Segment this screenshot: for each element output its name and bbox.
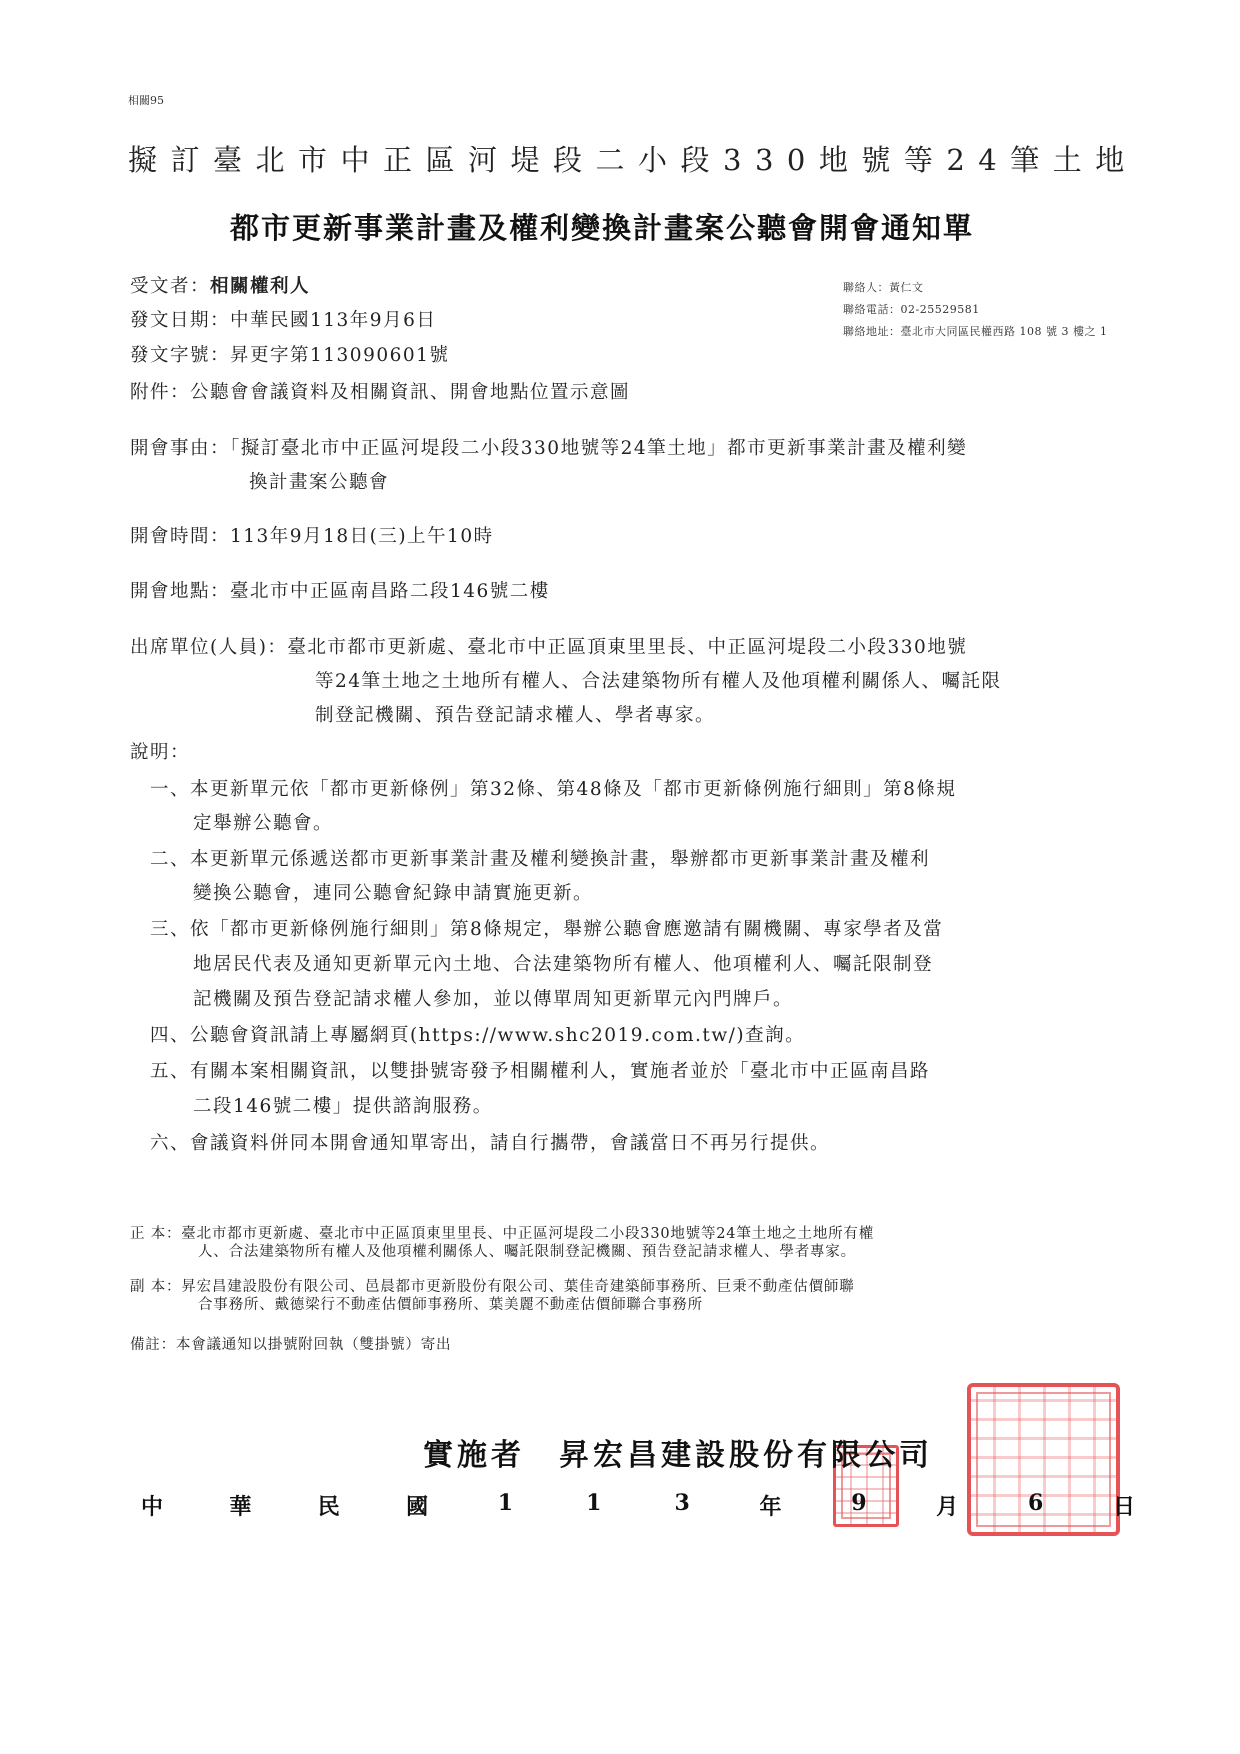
date-char: 9	[845, 1490, 873, 1521]
recipient-value: 相關權利人	[210, 276, 310, 297]
note-5-line-1: 五、有關本案相關資訊，以雙掛號寄發予相關權利人，實施者並於「臺北市中正區南昌路	[150, 1057, 930, 1083]
date-char: 6	[1022, 1490, 1050, 1521]
recipient: 受文者：相關權利人	[130, 272, 310, 298]
note-3-line-1: 三、依「都市更新條例施行細則」第8條規定，舉辦公聽會應邀請有關機關、專家學者及當	[150, 915, 943, 941]
note-2-line-1: 二、本更新單元係遞送都市更新事業計畫及權利變換計畫，舉辦都市更新事業計畫及權利	[150, 845, 930, 871]
date-char: 華	[226, 1490, 254, 1521]
copy-recipients-line-2: 合事務所、戴德梁行不動產估價師事務所、葉美麗不動產估價師聯合事務所	[198, 1293, 703, 1314]
title-line-2: 都市更新事業計畫及權利變換計畫案公聽會開會通知單	[230, 206, 974, 247]
note-5-line-2: 二段146號二樓」提供諮詢服務。	[193, 1092, 493, 1118]
notes-label: 說明：	[130, 738, 190, 764]
date-char: 中	[138, 1490, 166, 1521]
attendees-line-3: 制登記機關、預告登記請求權人、學者專家。	[315, 701, 715, 727]
signature-date: 中 華 民 國 1 1 3 年 9 月 6 日	[138, 1490, 1138, 1521]
contact-phone: 聯絡電話：02-25529581	[843, 301, 980, 317]
meeting-location: 開會地點：臺北市中正區南昌路二段146號二樓	[130, 577, 550, 603]
date-char: 1	[580, 1490, 608, 1521]
original-recipients-line-2: 人、合法建築物所有權人及他項權利關係人、囑託限制登記機關、預告登記請求權人、學者…	[198, 1240, 856, 1261]
note-3-line-3: 記機關及預告登記請求權人參加，並以傳單周知更新單元內門牌戶。	[193, 985, 793, 1011]
note-3-line-2: 地居民代表及通知更新單元內土地、合法建築物所有權人、他項權利人、囑託限制登	[193, 950, 933, 976]
date-char: 日	[1110, 1490, 1138, 1521]
date-char: 國	[403, 1490, 431, 1521]
issue-date: 發文日期：中華民國113年9月6日	[130, 306, 436, 332]
note-4-line-1: 四、公聽會資訊請上專屬網頁(https://www.shc2019.com.tw…	[150, 1021, 805, 1047]
remark: 備註：本會議通知以掛號附回執（雙掛號）寄出	[130, 1333, 451, 1354]
meeting-subject-line-2: 換計畫案公聽會	[249, 468, 389, 494]
doc-number: 發文字號：昇更字第113090601號	[130, 341, 449, 367]
note-2-line-2: 變換公聽會，連同公聽會紀錄申請實施更新。	[193, 879, 593, 905]
date-char: 民	[315, 1490, 343, 1521]
meeting-subject-line-1: 開會事由：「擬訂臺北市中正區河堤段二小段330地號等24筆土地」都市更新事業計畫…	[130, 434, 967, 460]
reference-code: 相關95	[128, 92, 164, 108]
note-1-line-2: 定舉辦公聽會。	[193, 809, 333, 835]
date-char: 1	[491, 1490, 519, 1521]
contact-person: 聯絡人：黃仁文	[843, 279, 924, 295]
implementer-signature: 實施者 昇宏昌建設股份有限公司	[423, 1430, 933, 1474]
attendees-line-2: 等24筆土地之土地所有權人、合法建築物所有權人及他項權利關係人、囑託限	[315, 667, 1002, 693]
title-line-1: 擬訂臺北市中正區河堤段二小段330地號等24筆土地	[128, 138, 1138, 179]
attendees-line-1: 出席單位(人員)：臺北市都市更新處、臺北市中正區頂東里里長、中正區河堤段二小段3…	[130, 633, 967, 659]
contact-address: 聯絡地址：臺北市大同區民權西路 108 號 3 樓之 1	[843, 323, 1107, 339]
meeting-time: 開會時間：113年9月18日(三)上午10時	[130, 522, 494, 548]
attachment: 附件：公聽會會議資料及相關資訊、開會地點位置示意圖	[130, 378, 630, 404]
date-char: 月	[933, 1490, 961, 1521]
recipient-label: 受文者：	[130, 276, 210, 297]
date-char: 年	[757, 1490, 785, 1521]
note-1-line-1: 一、本更新單元依「都市更新條例」第32條、第48條及「都市更新條例施行細則」第8…	[150, 775, 956, 801]
date-char: 3	[668, 1490, 696, 1521]
note-6-line-1: 六、會議資料併同本開會通知單寄出，請自行攜帶，會議當日不再另行提供。	[150, 1129, 830, 1155]
